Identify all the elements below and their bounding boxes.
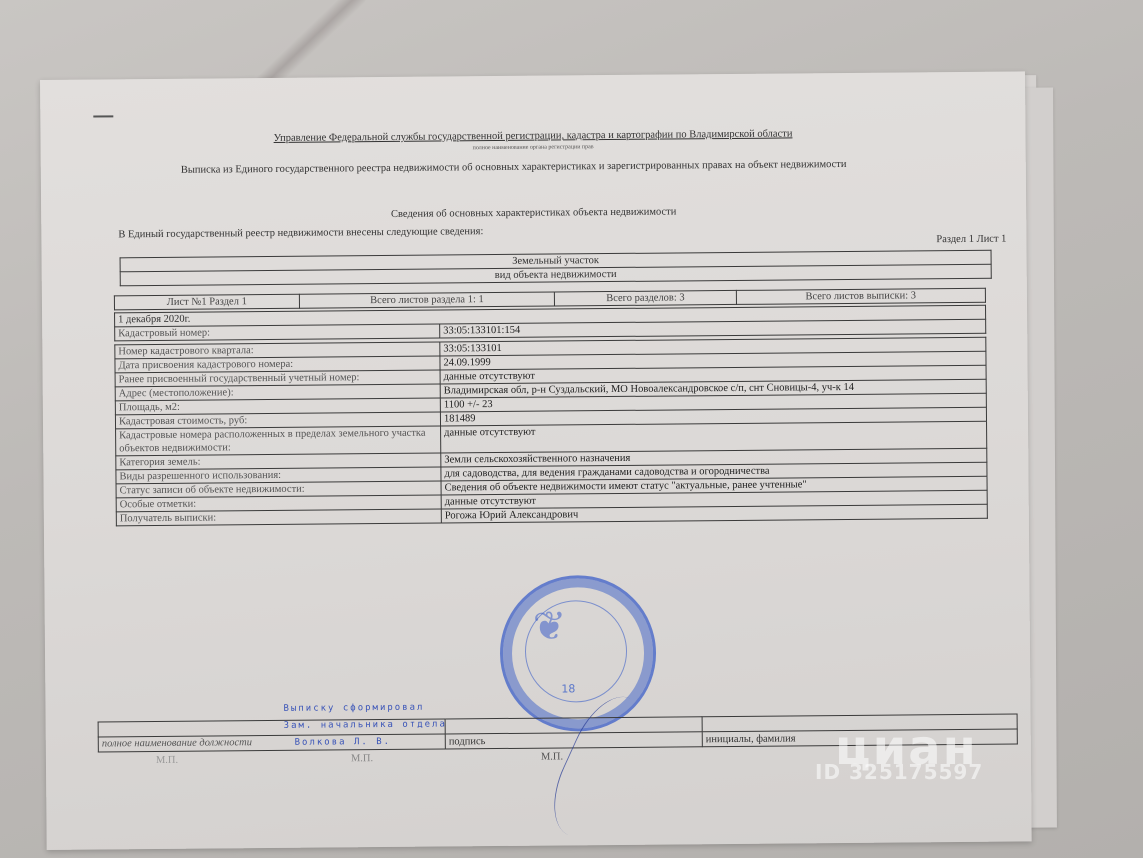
section-sheet-label: Раздел 1 Лист 1 — [936, 234, 1006, 246]
extract-title: Выписка из Единого государственного реес… — [181, 159, 847, 176]
row-label: Кадастровые номера расположенных в преде… — [116, 426, 441, 456]
stamp-number: 18 — [561, 682, 575, 695]
row-label: Получатель выписки: — [116, 509, 441, 526]
sheet-number: Лист №1 Раздел 1 — [114, 294, 299, 310]
position-caption: полное наименование должности — [102, 737, 252, 749]
position-caption-cell: полное наименование должности Волкова Л.… — [98, 734, 445, 752]
intro-text: В Единый государственный реестр недвижим… — [118, 226, 483, 240]
characteristics-table: Номер кадастрового квартала:33:05:133101… — [114, 337, 988, 527]
staple-icon — [93, 115, 113, 117]
cadastral-number-label: Кадастровый номер: — [115, 324, 440, 341]
double-headed-eagle-icon: ❦ — [533, 602, 567, 649]
watermark: циан ID 325175597 — [835, 720, 978, 776]
watermark-id: ID 325175597 — [815, 760, 983, 784]
mp-label: М.П. — [351, 753, 373, 764]
mp-label: М.П. — [156, 755, 178, 766]
sections-total: Всего разделов: 3 — [555, 290, 736, 306]
section-sheets-total: Всего листов раздела 1: 1 — [299, 292, 555, 308]
handwritten-formed-by: Выписку сформировал — [283, 703, 424, 714]
extract-sheets-total: Всего листов выписки: 3 — [736, 288, 986, 304]
handwritten-name: Волкова Л. В. — [295, 737, 392, 748]
mp-label: М.П. — [541, 751, 563, 762]
object-type-table: Земельный участок вид объекта недвижимос… — [120, 250, 992, 287]
section-title: Сведения об основных характеристиках объ… — [41, 203, 1026, 223]
date-table: 1 декабря 2020г. Кадастровый номер: 33:0… — [114, 305, 986, 342]
